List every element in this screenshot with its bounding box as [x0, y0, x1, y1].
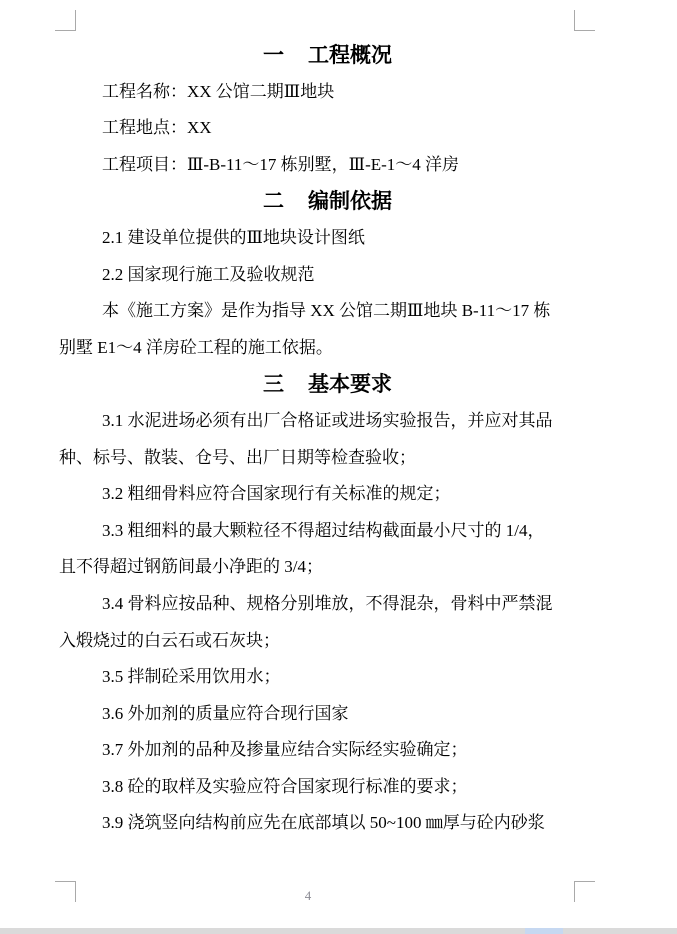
para-basis-note-line-1: 本《施工方案》是作为指导 XX 公馆二期Ⅲ地块 B-11～17 栋 — [59, 293, 578, 330]
document-page: 一 工程概况 工程名称：XX 公馆二期Ⅲ地块 工程地点：XX 工程项目：Ⅲ-B-… — [0, 0, 677, 934]
para-req-3-6: 3.6 外加剂的质量应符合现行国家 — [59, 696, 578, 733]
heading-title: 工程概况 — [308, 37, 392, 74]
section-heading-compilation-basis: 二 编制依据 — [59, 183, 578, 220]
page-number: 4 — [305, 888, 312, 904]
para-req-3-4-line-2: 入煅烧过的白云石或石灰块； — [59, 623, 578, 660]
text-boundary-mark-bottom-left — [55, 881, 76, 902]
section-heading-basic-requirements: 三 基本要求 — [59, 366, 578, 403]
para-req-3-3-line-2: 且不得超过钢筋间最小净距的 3/4； — [59, 549, 578, 586]
para-basis-note-line-2: 别墅 E1～4 洋房砼工程的施工依据。 — [59, 330, 578, 367]
text-boundary-mark-top-left — [55, 10, 76, 31]
para-basis-2-1: 2.1 建设单位提供的Ⅲ地块设计图纸 — [59, 220, 578, 257]
para-req-3-7: 3.7 外加剂的品种及掺量应结合实际经实验确定； — [59, 732, 578, 769]
text-boundary-mark-top-right — [574, 10, 595, 31]
para-basis-2-2: 2.2 国家现行施工及验收规范 — [59, 257, 578, 294]
para-req-3-3-line-1: 3.3 粗细料的最大颗粒径不得超过结构截面最小尺寸的 1/4， — [59, 513, 578, 550]
heading-number: 二 — [263, 183, 284, 220]
heading-title: 基本要求 — [308, 366, 392, 403]
heading-title: 编制依据 — [308, 183, 392, 220]
para-project-items: 工程项目：Ⅲ-B-11～17 栋别墅，Ⅲ-E-1～4 洋房 — [59, 147, 578, 184]
para-req-3-1-line-2: 种、标号、散装、仓号、出厂日期等检查验收； — [59, 440, 578, 477]
heading-number: 一 — [263, 37, 284, 74]
text-boundary-mark-bottom-right — [574, 881, 595, 902]
horizontal-scrollbar[interactable] — [0, 928, 677, 934]
para-project-name: 工程名称：XX 公馆二期Ⅲ地块 — [59, 74, 578, 111]
horizontal-scrollbar-thumb[interactable] — [525, 928, 563, 934]
para-req-3-2: 3.2 粗细骨料应符合国家现行有关标准的规定； — [59, 476, 578, 513]
section-heading-project-overview: 一 工程概况 — [59, 37, 578, 74]
heading-number: 三 — [263, 366, 284, 403]
para-req-3-1-line-1: 3.1 水泥进场必须有出厂合格证或进场实验报告，并应对其品 — [59, 403, 578, 440]
para-req-3-8: 3.8 砼的取样及实验应符合国家现行标准的要求； — [59, 769, 578, 806]
document-text-block: 一 工程概况 工程名称：XX 公馆二期Ⅲ地块 工程地点：XX 工程项目：Ⅲ-B-… — [59, 37, 578, 842]
para-req-3-9: 3.9 浇筑竖向结构前应先在底部填以 50~100 ㎜厚与砼内砂浆 — [59, 805, 578, 842]
para-project-location: 工程地点：XX — [59, 110, 578, 147]
para-req-3-5: 3.5 拌制砼采用饮用水； — [59, 659, 578, 696]
para-req-3-4-line-1: 3.4 骨料应按品种、规格分别堆放，不得混杂，骨料中严禁混 — [59, 586, 578, 623]
